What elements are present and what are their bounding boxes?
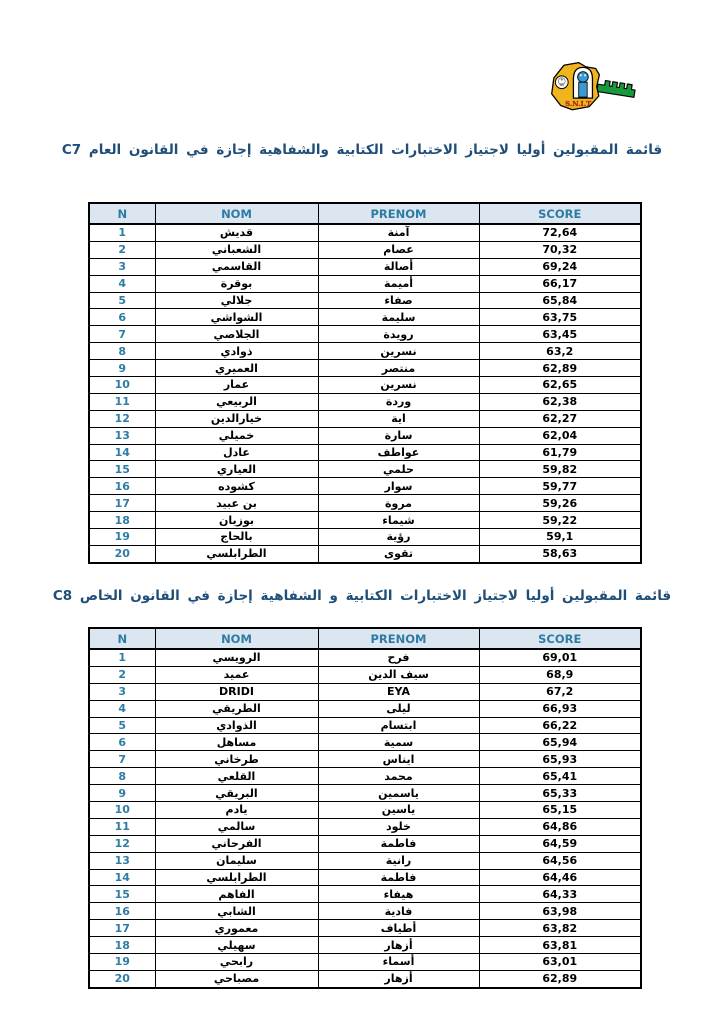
- cell-n: 10: [89, 802, 155, 819]
- table-row: 15العياريحلمي59,82: [89, 461, 641, 478]
- cell-score: 62,27: [479, 410, 641, 427]
- cell-n: 10: [89, 377, 155, 394]
- cell-prenom: عواطف: [318, 444, 479, 461]
- table-row: 13خميليسارة62,04: [89, 427, 641, 444]
- cell-n: 3: [89, 258, 155, 275]
- cell-nom: الرويسي: [155, 649, 318, 666]
- cell-nom: سليمان: [155, 852, 318, 869]
- cell-nom: عمار: [155, 377, 318, 394]
- cell-score: 59,77: [479, 478, 641, 495]
- cell-nom: بوزيان: [155, 512, 318, 529]
- cell-nom: الذوادي: [155, 717, 318, 734]
- cell-nom: الربيعي: [155, 393, 318, 410]
- cell-score: 72,64: [479, 224, 641, 241]
- cell-prenom: EYA: [318, 683, 479, 700]
- logo-text: S.N.I.T: [565, 100, 592, 108]
- cell-nom: الفاهم: [155, 886, 318, 903]
- key-shaft: [597, 79, 636, 97]
- cell-score: 66,93: [479, 700, 641, 717]
- cell-score: 64,59: [479, 835, 641, 852]
- cell-n: 9: [89, 785, 155, 802]
- cell-nom: بوقرة: [155, 275, 318, 292]
- cell-n: 7: [89, 326, 155, 343]
- table-row: 16الشابيفادية63,98: [89, 903, 641, 920]
- cell-n: 2: [89, 241, 155, 258]
- cell-nom: الشعباني: [155, 241, 318, 258]
- table-row: 17بن عبيدمروة59,26: [89, 495, 641, 512]
- cell-nom: خيارالدين: [155, 410, 318, 427]
- cell-n: 15: [89, 461, 155, 478]
- cell-n: 14: [89, 869, 155, 886]
- cell-nom: عادل: [155, 444, 318, 461]
- table-row: 14عادلعواطف61,79: [89, 444, 641, 461]
- cell-n: 18: [89, 512, 155, 529]
- cell-score: 64,33: [479, 886, 641, 903]
- cell-prenom: اية: [318, 410, 479, 427]
- cell-n: 12: [89, 835, 155, 852]
- cell-n: 12: [89, 410, 155, 427]
- cell-prenom: ليلى: [318, 700, 479, 717]
- table-row: 16كشودهسوار59,77: [89, 478, 641, 495]
- cell-score: 62,38: [479, 393, 641, 410]
- table-header-row: N NOM PRENOM SCORE: [89, 203, 641, 224]
- table-row: 5الذواديابتسام66,22: [89, 717, 641, 734]
- cell-n: 11: [89, 393, 155, 410]
- cell-prenom: آمنة: [318, 224, 479, 241]
- cell-n: 19: [89, 954, 155, 971]
- cell-prenom: سارة: [318, 427, 479, 444]
- cell-nom: قديش: [155, 224, 318, 241]
- cell-prenom: مروة: [318, 495, 479, 512]
- cell-prenom: رويدة: [318, 326, 479, 343]
- cell-score: 63,2: [479, 343, 641, 360]
- column-header-prenom: PRENOM: [318, 203, 479, 224]
- cell-prenom: أميمة: [318, 275, 479, 292]
- emblem-icon: [555, 76, 568, 89]
- table-row: 1قديشآمنة72,64: [89, 224, 641, 241]
- cell-nom: مصباحي: [155, 970, 318, 987]
- cell-n: 13: [89, 852, 155, 869]
- table-row: 2الشعبانيعصام70,32: [89, 241, 641, 258]
- cell-score: 62,89: [479, 970, 641, 987]
- cell-n: 4: [89, 275, 155, 292]
- table-row: 9العميريمنتصر62,89: [89, 360, 641, 377]
- cell-prenom: نسرين: [318, 377, 479, 394]
- table-row: 18بوزيانشيماء59,22: [89, 512, 641, 529]
- cell-n: 19: [89, 529, 155, 546]
- column-header-prenom: PRENOM: [318, 628, 479, 649]
- table-row: 20مصباحيأزهار62,89: [89, 970, 641, 987]
- cell-nom: بالحاج: [155, 529, 318, 546]
- cell-prenom: سوار: [318, 478, 479, 495]
- cell-prenom: فاطمة: [318, 869, 479, 886]
- cell-prenom: ياسين: [318, 802, 479, 819]
- cell-score: 66,22: [479, 717, 641, 734]
- cell-score: 62,65: [479, 377, 641, 394]
- cell-score: 59,82: [479, 461, 641, 478]
- cell-nom: سالمي: [155, 818, 318, 835]
- table-row: 6الشواشيسليمة63,75: [89, 309, 641, 326]
- cell-score: 63,75: [479, 309, 641, 326]
- cell-score: 65,41: [479, 768, 641, 785]
- cell-score: 64,46: [479, 869, 641, 886]
- cell-nom: القلعي: [155, 768, 318, 785]
- cell-score: 68,9: [479, 666, 641, 683]
- table-row: 3القاسميأصالة69,24: [89, 258, 641, 275]
- cell-n: 11: [89, 818, 155, 835]
- section-title-c7: قائمة المقبولين أوليا لاجتياز الاختبارات…: [40, 141, 684, 160]
- cell-score: 58,63: [479, 545, 641, 562]
- results-table-c7: N NOM PRENOM SCORE 1قديشآمنة72,642الشعبا…: [88, 202, 642, 564]
- cell-score: 59,1: [479, 529, 641, 546]
- cell-nom: معموري: [155, 920, 318, 937]
- cell-prenom: وردة: [318, 393, 479, 410]
- document-page: S.N.I.T قائمة المقبولين أوليا لاجتياز ال…: [0, 0, 724, 1024]
- cell-score: 62,04: [479, 427, 641, 444]
- cell-score: 63,81: [479, 937, 641, 954]
- table-row: 5جلاليصفاء65,84: [89, 292, 641, 309]
- cell-n: 6: [89, 309, 155, 326]
- cell-n: 16: [89, 478, 155, 495]
- cell-nom: العياري: [155, 461, 318, 478]
- cell-prenom: هيفاء: [318, 886, 479, 903]
- cell-nom: عميد: [155, 666, 318, 683]
- table-row: 8ذوادينسرين63,2: [89, 343, 641, 360]
- cell-n: 14: [89, 444, 155, 461]
- cell-score: 64,56: [479, 852, 641, 869]
- cell-nom: الطريقي: [155, 700, 318, 717]
- cell-score: 70,32: [479, 241, 641, 258]
- cell-prenom: ياسمين: [318, 785, 479, 802]
- cell-n: 8: [89, 343, 155, 360]
- cell-prenom: محمد: [318, 768, 479, 785]
- cell-prenom: خلود: [318, 818, 479, 835]
- cell-score: 63,01: [479, 954, 641, 971]
- cell-score: 64,86: [479, 818, 641, 835]
- cell-n: 20: [89, 970, 155, 987]
- cell-n: 16: [89, 903, 155, 920]
- cell-score: 63,45: [479, 326, 641, 343]
- table-row: 7طرخانيايناس65,93: [89, 751, 641, 768]
- cell-score: 63,82: [479, 920, 641, 937]
- cell-prenom: سمية: [318, 734, 479, 751]
- cell-prenom: عصام: [318, 241, 479, 258]
- cell-n: 4: [89, 700, 155, 717]
- cell-nom: خميلي: [155, 427, 318, 444]
- cell-prenom: سيف الدين: [318, 666, 479, 683]
- cell-prenom: رؤية: [318, 529, 479, 546]
- cell-score: 65,33: [479, 785, 641, 802]
- cell-nom: الجلاصي: [155, 326, 318, 343]
- cell-nom: الطرابلسي: [155, 869, 318, 886]
- table-row: 6مساهلسمية65,94: [89, 734, 641, 751]
- section-title-c8: قائمة المقبولين أوليا لاجتياز الاختبارات…: [40, 587, 684, 606]
- cell-n: 5: [89, 292, 155, 309]
- cell-score: 63,98: [479, 903, 641, 920]
- cell-prenom: منتصر: [318, 360, 479, 377]
- cell-n: 20: [89, 545, 155, 562]
- cell-n: 2: [89, 666, 155, 683]
- cell-nom: البريقي: [155, 785, 318, 802]
- table-row: 8القلعيمحمد65,41: [89, 768, 641, 785]
- table-row: 11الربيعيوردة62,38: [89, 393, 641, 410]
- table-row: 18سهيليأزهار63,81: [89, 937, 641, 954]
- cell-nom: طرخاني: [155, 751, 318, 768]
- cell-prenom: نسرين: [318, 343, 479, 360]
- table-row: 19رابحيأسماء63,01: [89, 954, 641, 971]
- cell-score: 67,2: [479, 683, 641, 700]
- cell-n: 5: [89, 717, 155, 734]
- cell-score: 65,15: [479, 802, 641, 819]
- cell-score: 66,17: [479, 275, 641, 292]
- table-row: 19بالحاجرؤية59,1: [89, 529, 641, 546]
- cell-n: 13: [89, 427, 155, 444]
- cell-score: 62,89: [479, 360, 641, 377]
- column-header-n: N: [89, 203, 155, 224]
- cell-score: 69,01: [479, 649, 641, 666]
- table-row: 2عميدسيف الدين68,9: [89, 666, 641, 683]
- table-row: 7الجلاصيرويدة63,45: [89, 326, 641, 343]
- table-row: 20الطرابلسيتقوى58,63: [89, 545, 641, 562]
- table-row: 13سليمانرانية64,56: [89, 852, 641, 869]
- cell-prenom: حلمي: [318, 461, 479, 478]
- cell-n: 3: [89, 683, 155, 700]
- table-row: 15الفاهمهيفاء64,33: [89, 886, 641, 903]
- cell-nom: بن عبيد: [155, 495, 318, 512]
- cell-score: 65,84: [479, 292, 641, 309]
- cell-n: 1: [89, 649, 155, 666]
- cell-prenom: فاطمة: [318, 835, 479, 852]
- cell-prenom: صفاء: [318, 292, 479, 309]
- cell-prenom: ايناس: [318, 751, 479, 768]
- cell-score: 59,26: [479, 495, 641, 512]
- cell-prenom: شيماء: [318, 512, 479, 529]
- table-row: 9البريقيياسمين65,33: [89, 785, 641, 802]
- cell-n: 1: [89, 224, 155, 241]
- table-row: 10يادمياسين65,15: [89, 802, 641, 819]
- table-row: 3DRIDIEYA67,2: [89, 683, 641, 700]
- cell-n: 9: [89, 360, 155, 377]
- column-header-score: SCORE: [479, 203, 641, 224]
- table-row: 11سالميخلود64,86: [89, 818, 641, 835]
- cell-n: 15: [89, 886, 155, 903]
- cell-prenom: فادية: [318, 903, 479, 920]
- cell-nom: مساهل: [155, 734, 318, 751]
- cell-n: 17: [89, 495, 155, 512]
- cell-prenom: سليمة: [318, 309, 479, 326]
- cell-nom: الطرابلسي: [155, 545, 318, 562]
- cell-prenom: رانية: [318, 852, 479, 869]
- cell-nom: الشواشي: [155, 309, 318, 326]
- column-header-score: SCORE: [479, 628, 641, 649]
- cell-score: 61,79: [479, 444, 641, 461]
- cell-nom: العميري: [155, 360, 318, 377]
- column-header-n: N: [89, 628, 155, 649]
- cell-score: 65,93: [479, 751, 641, 768]
- table-row: 14الطرابلسيفاطمة64,46: [89, 869, 641, 886]
- cell-prenom: تقوى: [318, 545, 479, 562]
- cell-nom: الشابي: [155, 903, 318, 920]
- table-header-row: N NOM PRENOM SCORE: [89, 628, 641, 649]
- cell-prenom: ابتسام: [318, 717, 479, 734]
- cell-nom: سهيلي: [155, 937, 318, 954]
- cell-nom: الفرحاني: [155, 835, 318, 852]
- cell-nom: رابحي: [155, 954, 318, 971]
- column-header-nom: NOM: [155, 203, 318, 224]
- cell-n: 18: [89, 937, 155, 954]
- cell-nom: القاسمي: [155, 258, 318, 275]
- cell-n: 8: [89, 768, 155, 785]
- cell-prenom: أسماء: [318, 954, 479, 971]
- cell-prenom: أزهار: [318, 937, 479, 954]
- cell-n: 7: [89, 751, 155, 768]
- table-row: 12الفرحانيفاطمة64,59: [89, 835, 641, 852]
- table-row: 17معموريأطياف63,82: [89, 920, 641, 937]
- cell-nom: يادم: [155, 802, 318, 819]
- table-row: 4بوقرةأميمة66,17: [89, 275, 641, 292]
- cell-prenom: أطياف: [318, 920, 479, 937]
- table-row: 12خيارالديناية62,27: [89, 410, 641, 427]
- cell-prenom: أزهار: [318, 970, 479, 987]
- results-table-c8: N NOM PRENOM SCORE 1الرويسيفرح69,012عميد…: [88, 627, 642, 989]
- table-row: 10عمارنسرين62,65: [89, 377, 641, 394]
- table-row: 4الطريقيليلى66,93: [89, 700, 641, 717]
- cell-nom: ذوادي: [155, 343, 318, 360]
- cell-n: 17: [89, 920, 155, 937]
- snit-key-logo-icon: S.N.I.T: [548, 60, 638, 114]
- cell-nom: DRIDI: [155, 683, 318, 700]
- snit-logo: S.N.I.T: [548, 60, 638, 114]
- cell-nom: كشوده: [155, 478, 318, 495]
- cell-n: 6: [89, 734, 155, 751]
- cell-score: 69,24: [479, 258, 641, 275]
- cell-score: 59,22: [479, 512, 641, 529]
- cell-score: 65,94: [479, 734, 641, 751]
- cell-prenom: أصالة: [318, 258, 479, 275]
- cell-nom: جلالي: [155, 292, 318, 309]
- table-row: 1الرويسيفرح69,01: [89, 649, 641, 666]
- cell-prenom: فرح: [318, 649, 479, 666]
- column-header-nom: NOM: [155, 628, 318, 649]
- keyhole-icon: [573, 67, 592, 98]
